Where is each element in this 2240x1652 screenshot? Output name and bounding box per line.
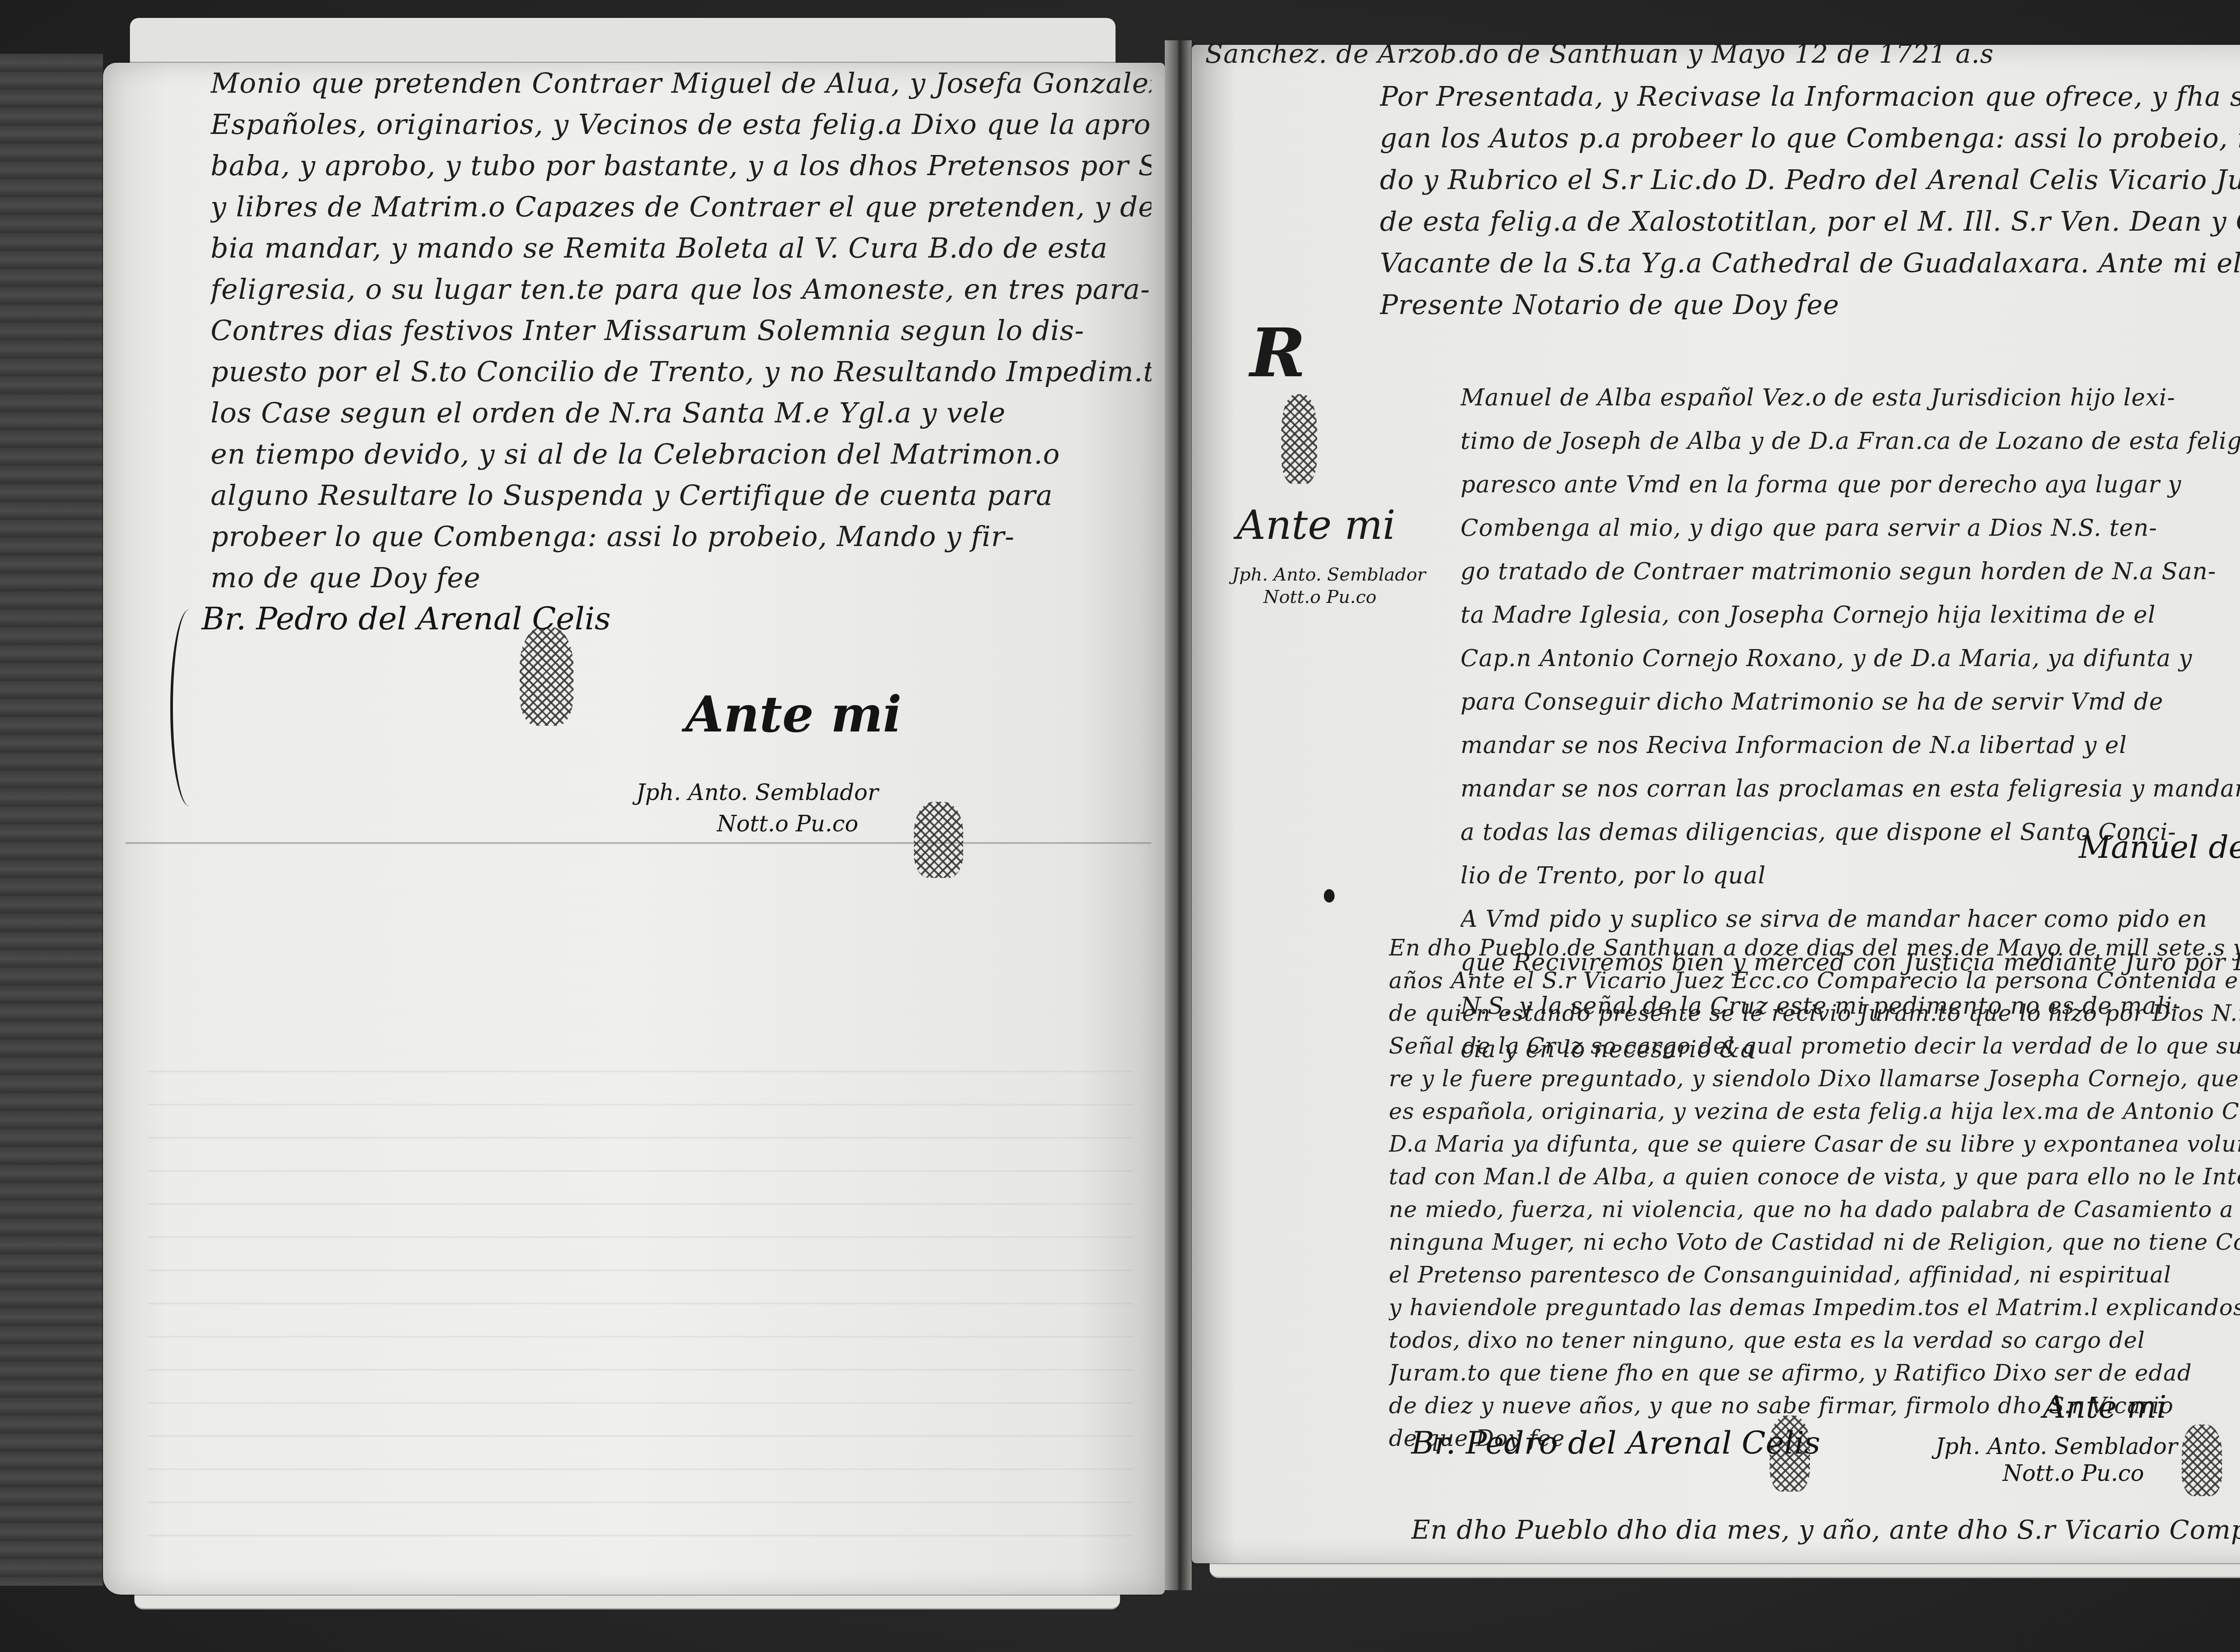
- text-line: tad con Man.l de Alba, a quien conoce de…: [1389, 1161, 2240, 1193]
- declaration-notary-rubric: [2182, 1424, 2222, 1496]
- notary-title: Nott.o Pu.co: [717, 811, 858, 837]
- margin-rubric-flourish: [1281, 394, 1317, 484]
- text-line: y libres de Matrim.o Capazes de Contraer…: [211, 186, 1151, 228]
- decree-block: Por Presentada, y Recivase la Informacio…: [1380, 76, 2240, 326]
- text-line: Monio que pretenden Contraer Miguel de A…: [211, 63, 1151, 104]
- text-line: go tratado de Contraer matrimonio segun …: [1460, 550, 2240, 594]
- text-line: paresco ante Vmd en la forma que por der…: [1460, 463, 2240, 507]
- margin-rubric-r: R: [1250, 314, 1306, 392]
- text-line: de esta felig.a de Xalostotitlan, por el…: [1380, 201, 2240, 243]
- text-line: Vacante de la S.ta Yg.a Cathedral de Gua…: [1380, 243, 2240, 284]
- declaration-ante-mi: Ante mi: [2043, 1389, 2167, 1425]
- paper-fold-crease: [125, 842, 1151, 844]
- text-line: Manuel de Alba español Vez.o de esta Jur…: [1460, 376, 2240, 420]
- text-line: ta Madre Iglesia, con Josepha Cornejo hi…: [1460, 594, 2240, 637]
- text-line: re y le fuere preguntado, y siendolo Dix…: [1389, 1063, 2240, 1095]
- text-line: Juram.to que tiene fho en que se afirmo,…: [1389, 1357, 2240, 1390]
- text-line: Españoles, originarios, y Vecinos de est…: [211, 104, 1151, 145]
- text-line: D.a Maria ya difunta, que se quiere Casa…: [1389, 1128, 2240, 1161]
- page-stack-top-edge: [130, 18, 1116, 64]
- declaration-notary-name: Jph. Anto. Semblador: [1935, 1433, 2178, 1459]
- text-line: probeer lo que Combenga: assi lo probeio…: [211, 516, 1151, 557]
- closing-block: En dho Pueblo dho dia mes, y año, ante d…: [1411, 1514, 2240, 1545]
- text-line: Contres dias festivos Inter Missarum Sol…: [211, 310, 1151, 351]
- text-line: para Conseguir dicho Matrimonio se ha de…: [1460, 680, 2240, 724]
- notary-name: Jph. Anto. Semblador: [636, 779, 879, 805]
- text-line: Presente Notario de que Doy fee: [1380, 284, 2240, 326]
- petitioner-signature: Manuel de Alba: [2079, 829, 2240, 865]
- declaration-vicar-signature: Br. Pedro del Arenal Celis: [1411, 1424, 1820, 1461]
- text-line: puesto por el S.to Concilio de Trento, y…: [211, 351, 1151, 392]
- signature-flourish-stroke: [170, 609, 209, 806]
- ink-blot: [1324, 889, 1335, 903]
- text-line: mandar se nos corran las proclamas en es…: [1460, 767, 2240, 811]
- text-line: timo de Joseph de Alba y de D.a Fran.ca …: [1460, 420, 2240, 463]
- text-line: años Ante el S.r Vicario Juez Ecc.co Com…: [1389, 964, 2240, 997]
- text-line: Señal de la Cruz so cargo del qual prome…: [1389, 1030, 2240, 1063]
- text-line: en tiempo devido, y si al de la Celebrac…: [211, 434, 1151, 475]
- text-line: ne miedo, fuerza, ni violencia, que no h…: [1389, 1193, 2240, 1226]
- margin-notary-name: Jph. Anto. Semblador: [1232, 564, 1426, 585]
- text-line: todos, dixo no tener ninguno, que esta e…: [1389, 1324, 2240, 1357]
- text-line: baba, y aprobo, y tubo por bastante, y a…: [211, 145, 1151, 186]
- notary-rubric-flourish: [914, 802, 963, 878]
- text-line: do y Rubrico el S.r Lic.do D. Pedro del …: [1380, 159, 2240, 201]
- vicar-rubric-flourish: [520, 627, 573, 726]
- text-line: de quien estando presente se le recivio …: [1389, 997, 2240, 1030]
- text-line: En dho Pueblo dho dia mes, y año, ante d…: [1411, 1514, 2240, 1545]
- text-line: Combenga al mio, y digo que para servir …: [1460, 507, 2240, 550]
- text-line: mandar se nos Reciva Informacion de N.a …: [1460, 724, 2240, 767]
- attestation-ante-mi: Ante mi: [685, 685, 902, 743]
- text-line: es española, originaria, y vezina de est…: [1389, 1095, 2240, 1128]
- text-line: ninguna Muger, ni echo Voto de Castidad …: [1389, 1226, 2240, 1259]
- header-line: Sanchez. de Arzob.do de Santhuan y Mayo …: [1205, 36, 2240, 72]
- right-page-header: Sanchez. de Arzob.do de Santhuan y Mayo …: [1205, 36, 2240, 72]
- text-line: Cap.n Antonio Cornejo Roxano, y de D.a M…: [1460, 637, 2240, 680]
- text-line: Por Presentada, y Recivase la Informacio…: [1380, 76, 2240, 118]
- text-line: En dho Pueblo de Santhuan a doze dias de…: [1389, 932, 2240, 964]
- text-line: feligresia, o su lugar ten.te para que l…: [211, 269, 1151, 310]
- margin-ante-mi: Ante mi: [1236, 502, 1396, 549]
- ink-bleed-through: [148, 1039, 1133, 1554]
- text-line: gan los Autos p.a probeer lo que Combeng…: [1380, 118, 2240, 159]
- declaration-notary-title: Nott.o Pu.co: [2003, 1460, 2144, 1486]
- text-line: bia mandar, y mando se Remita Boleta al …: [211, 228, 1151, 269]
- text-line: los Case segun el orden de N.ra Santa M.…: [211, 392, 1151, 434]
- text-line: y haviendole preguntado las demas Impedi…: [1389, 1291, 2240, 1324]
- binding-edge: [0, 54, 103, 1586]
- left-page-body: Monio que pretenden Contraer Miguel de A…: [211, 63, 1151, 598]
- text-line: alguno Resultare lo Suspenda y Certifiqu…: [211, 475, 1151, 516]
- book-gutter: [1165, 40, 1192, 1590]
- declaration-vicar-rubric: [1770, 1415, 1810, 1492]
- declaration-block: En dho Pueblo de Santhuan a doze dias de…: [1389, 932, 2240, 1455]
- text-line: el Pretenso parentesco de Consanguinidad…: [1389, 1259, 2240, 1291]
- text-line: mo de que Doy fee: [211, 557, 1151, 598]
- margin-notary-title: Nott.o Pu.co: [1263, 587, 1377, 607]
